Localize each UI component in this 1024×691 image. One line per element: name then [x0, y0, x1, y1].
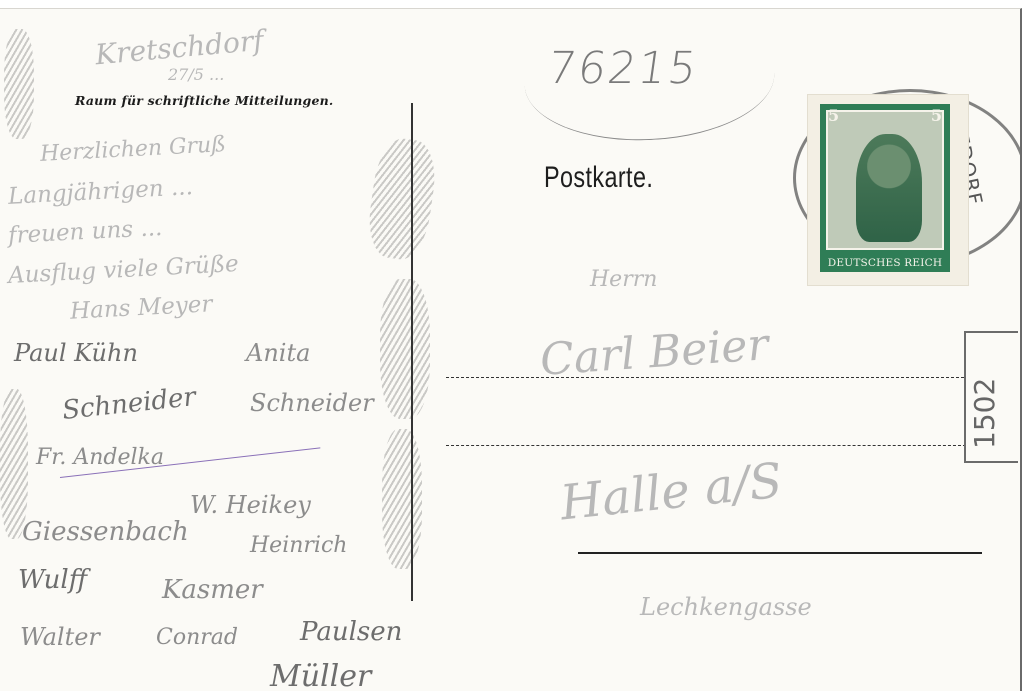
- address-line-1: [446, 377, 964, 378]
- signature: Heinrich: [250, 533, 347, 558]
- postage-stamp: 5 5 DEUTSCHES REICH: [808, 95, 968, 285]
- archive-number: 1502: [968, 378, 1001, 449]
- postcard-title: Postkarte.: [544, 161, 653, 195]
- stamp-portrait-field: [826, 110, 944, 250]
- address-street: Lechkengasse: [640, 593, 812, 621]
- message-area-label: Raum für schriftliche Mitteilungen.: [75, 93, 333, 108]
- center-divider: [411, 103, 413, 601]
- address-salutation: Herrn: [590, 267, 657, 292]
- message-line: Herzlichen Gruß: [39, 132, 226, 167]
- stamp-value-left: 5: [828, 106, 839, 125]
- message-line: freuen uns ...: [7, 215, 162, 249]
- stamp-frame: 5 5 DEUTSCHES REICH: [820, 104, 950, 272]
- pencil-scribble: [382, 429, 422, 569]
- signature: W. Heikey: [190, 491, 311, 519]
- signature: Giessenbach: [22, 517, 189, 547]
- signature: Conrad: [156, 625, 238, 650]
- message-line: Hans Meyer: [69, 291, 213, 324]
- address-name: Carl Beier: [538, 319, 770, 386]
- signature: Walter: [20, 623, 100, 651]
- message-line: Ausflug viele Grüße: [7, 251, 239, 289]
- signature: Schneider: [61, 382, 197, 426]
- pencil-scribble: [4, 29, 34, 139]
- pencil-scribble: [380, 279, 430, 419]
- message-line: Langjährigen ...: [7, 174, 193, 210]
- germania-figure-icon: [856, 134, 922, 242]
- stamp-value-right: 5: [931, 106, 942, 125]
- signature: Müller: [270, 659, 371, 690]
- address-line-2: [446, 445, 966, 446]
- signature: Paulsen: [300, 617, 402, 647]
- address-city: Halle a/S: [558, 453, 785, 532]
- signature: Anita: [246, 339, 310, 367]
- signature: Wulff: [18, 565, 87, 595]
- address-line-3: [578, 552, 982, 554]
- handwritten-date: 27/5 ...: [168, 65, 224, 84]
- signature: Kasmer: [162, 575, 263, 605]
- postcard-back: Raum für schriftliche Mitteilungen. Kret…: [0, 8, 1022, 690]
- reference-number: 76215: [544, 43, 701, 94]
- signature: Paul Kühn: [14, 339, 138, 367]
- pencil-scribble: [364, 135, 440, 262]
- signature: Schneider: [250, 389, 374, 417]
- stamp-caption: DEUTSCHES REICH: [820, 257, 950, 269]
